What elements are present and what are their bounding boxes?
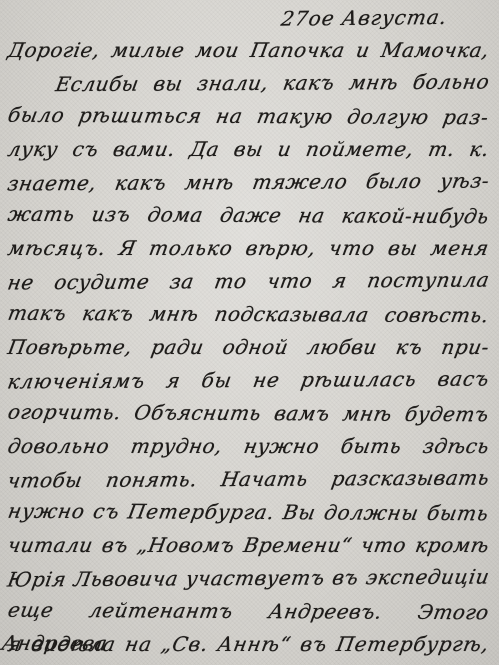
letter-line: я видѣла на „Св. Аннѣ“ въ Петербургѣ, bbox=[5, 628, 492, 661]
letter-line: луку съ вами. Да вы и поймете, т. к. bbox=[5, 133, 492, 166]
letter-line: было рѣшиться на такую долгую раз- bbox=[5, 99, 492, 135]
letter-line: довольно трудно, нужно быть здѣсь bbox=[5, 430, 492, 463]
letter-line: Дорогіе, милые мои Папочка и Мамочка, bbox=[5, 34, 492, 67]
letter-line: мѣсяцъ. Я только вѣрю, что вы меня bbox=[5, 232, 492, 265]
letter-line: ключеніямъ я бы не рѣшилась васъ bbox=[5, 363, 492, 399]
letter-line: Юрія Львовича участвуетъ въ экспедиціи bbox=[5, 561, 492, 597]
letter-line: не осудите за то что я поступила bbox=[5, 264, 492, 300]
letter-line: чтобы понять. Начать разсказывать bbox=[5, 462, 492, 498]
letter-line: огорчить. Объяснить вамъ мнѣ будетъ bbox=[5, 396, 492, 432]
letter-line: читали въ „Новомъ Времени“ что кромѣ bbox=[5, 529, 492, 562]
letter-line: нужно съ Петербурга. Вы должны быть bbox=[5, 495, 492, 531]
letter-line: жать изъ дома даже на какой-нибудь bbox=[5, 198, 492, 234]
letter-line: знаете, какъ мнѣ тяжело было уѣз- bbox=[5, 165, 492, 201]
letter-date: 27ое Августа. bbox=[5, 1, 492, 36]
letter-line: такъ какъ мнѣ подсказывала совѣсть. bbox=[5, 297, 492, 333]
letter-line: Повѣрьте, ради одной любви къ при- bbox=[5, 331, 492, 364]
letter-line: еще лейтенантъ Андреевъ. Этого Андреева bbox=[5, 594, 492, 630]
letter-page: 27ое Августа. Дорогіе, милые мои Папочка… bbox=[0, 0, 499, 665]
letter-line: Еслибы вы знали, какъ мнѣ больно bbox=[5, 66, 492, 102]
